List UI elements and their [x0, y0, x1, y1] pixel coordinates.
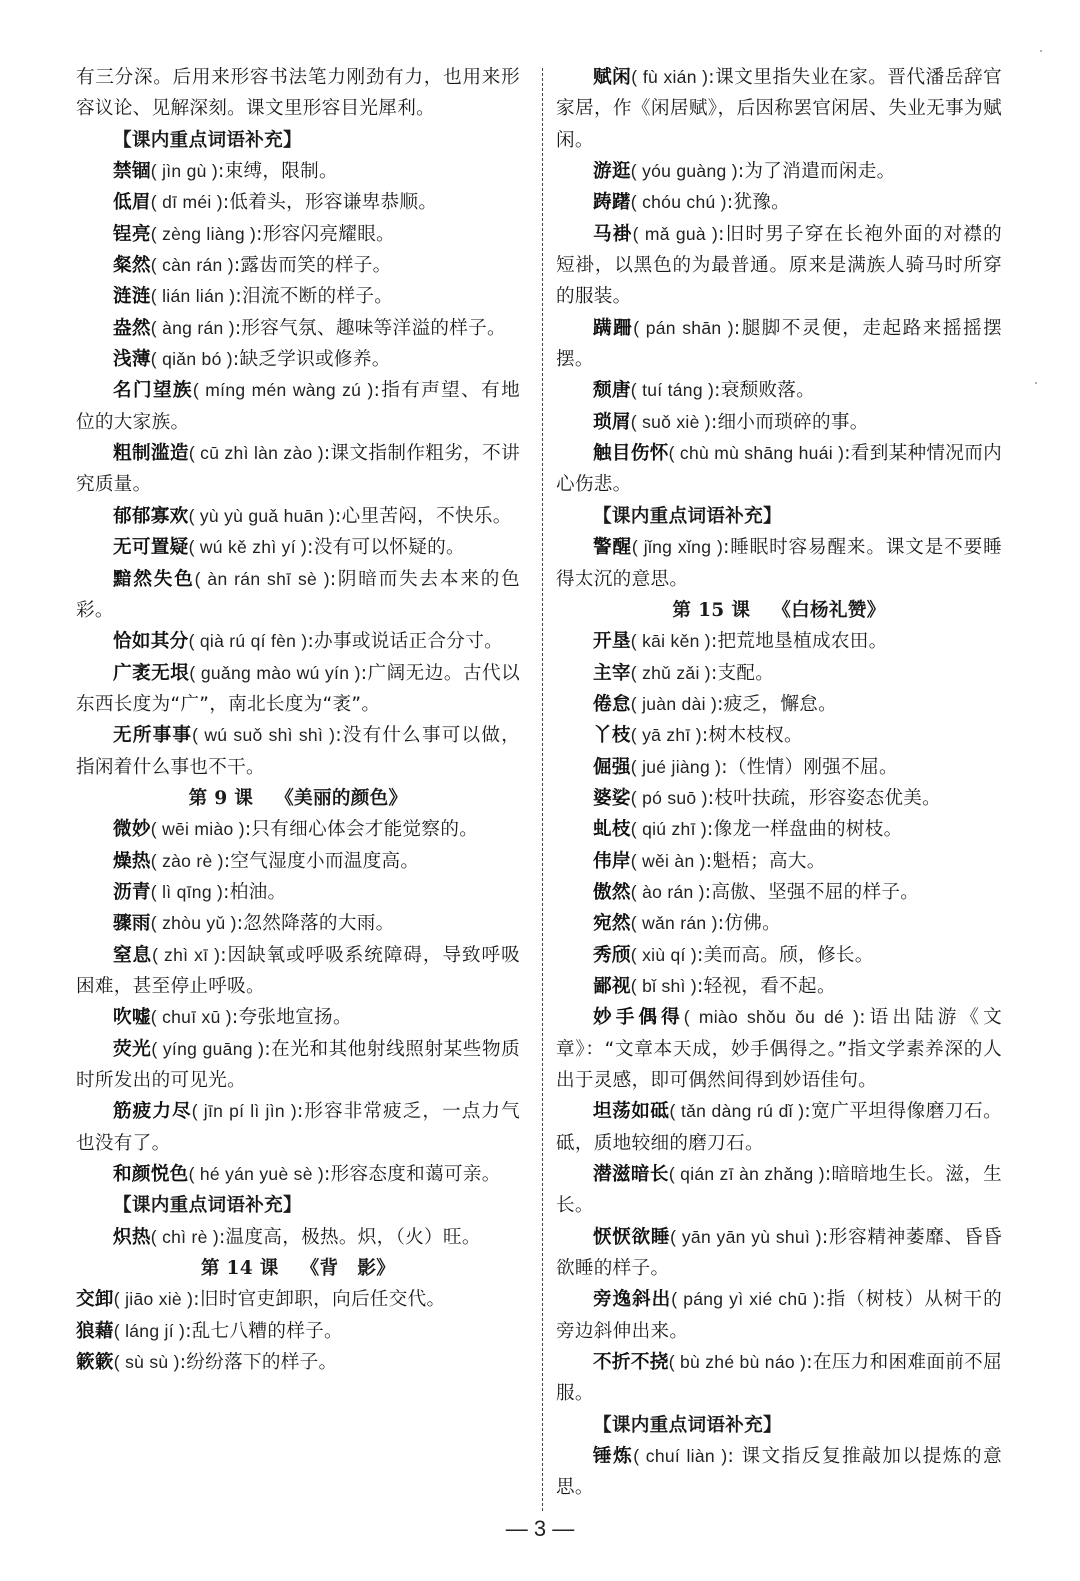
vocab-term: 涟涟 — [113, 286, 151, 307]
vocab-entry: 颓唐( tuí táng ):衰颓败落。 — [556, 375, 1002, 406]
vocab-pinyin: ( sù sù ) — [114, 1352, 180, 1372]
vocab-term: 鄙视 — [593, 976, 631, 997]
vocab-term: 荧光 — [113, 1039, 151, 1060]
vocab-definition: :心里苦闷，不快乐。 — [335, 506, 512, 527]
vocab-entry: 伟岸( wěi àn ):魁梧；高大。 — [556, 846, 1002, 877]
vocab-pinyin: ( chóu chú ) — [631, 192, 727, 212]
vocab-entry: 丫枝( yā zhī ):树木枝杈。 — [556, 720, 1002, 751]
vocab-entry: 潜滋暗长( qián zī àn zhǎng ):暗暗地生长。滋，生长。 — [556, 1159, 1002, 1222]
vocab-pinyin: ( cū zhì làn zào ) — [189, 443, 324, 463]
vocab-definition: :纷纷落下的样子。 — [180, 1352, 338, 1373]
supplement-heading: 【课内重点词语补充】 — [76, 125, 520, 156]
vocab-entry: 傲然( ào rán ):高傲、坚强不屈的样子。 — [556, 877, 1002, 908]
vocab-definition: :低着头，形容谦卑恭顺。 — [223, 192, 437, 213]
vocab-entry: 妙手偶得( miào shǒu ǒu dé ):语出陆游《文章》：“文章本天成，… — [556, 1002, 1002, 1096]
vocab-term: 秀颀 — [593, 945, 631, 966]
vocab-pinyin: ( yān yān yù shuì ) — [670, 1227, 822, 1247]
vocab-definition: :只有细心体会才能觉察的。 — [245, 819, 478, 840]
vocab-definition: :为了消遣而闲走。 — [738, 161, 896, 182]
lesson-number: 第 15 课 — [672, 600, 750, 621]
vocab-entry: 禁锢( jìn gù ):束缚，限制。 — [76, 156, 520, 187]
vocab-term: 触目伤怀 — [593, 443, 669, 464]
vocab-term: 窒息 — [113, 945, 152, 966]
vocab-definition: :忽然降落的大雨。 — [237, 913, 395, 934]
vocab-pinyin: ( qián zī àn zhǎng ) — [669, 1164, 825, 1184]
page-number: — 3 — — [0, 1516, 1080, 1542]
vocab-entry: 旁逸斜出( páng yì xié chū ):指（树枝）从树干的旁边斜伸出来。 — [556, 1284, 1002, 1347]
vocab-pinyin: ( yóu guàng ) — [631, 161, 738, 181]
vocab-entry: 筋疲力尽( jīn pí lì jìn ):形容非常疲乏，一点力气也没有了。 — [76, 1096, 520, 1159]
vocab-pinyin: ( àn rán shī sè ) — [195, 569, 330, 589]
vocab-pinyin: ( kāi kěn ) — [631, 631, 711, 651]
vocab-term: 沥青 — [113, 882, 151, 903]
vocab-definition: :犹豫。 — [727, 192, 790, 213]
vocab-entry: 窒息( zhì xī ):因缺氧或呼吸系统障碍，导致呼吸困难，甚至停止呼吸。 — [76, 940, 520, 1003]
vocab-pinyin: ( jīn pí lì jìn ) — [192, 1101, 297, 1121]
vocab-term: 盎然 — [113, 318, 151, 339]
vocab-entry: 粗制滥造( cū zhì làn zào ):课文指制作粗劣，不讲究质量。 — [76, 438, 520, 501]
vocab-term: 颓唐 — [593, 380, 631, 401]
vocab-definition: :高傲、坚强不屈的样子。 — [705, 882, 919, 903]
vocab-term: 炽热 — [113, 1227, 151, 1248]
vocab-entry: 无可置疑( wú kě zhì yí ):没有可以怀疑的。 — [76, 532, 520, 563]
vocab-entry: 坦荡如砥( tǎn dàng rú dǐ ):宽广平坦得像磨刀石。砥，质地较细的… — [556, 1096, 1002, 1159]
vocab-pinyin: ( fù xián ) — [631, 67, 708, 87]
vocab-pinyin: ( ào rán ) — [631, 882, 705, 902]
vocab-term: 禁锢 — [113, 161, 151, 182]
vocab-entry: 和颜悦色( hé yán yuè sè ):形容态度和蔼可亲。 — [76, 1159, 520, 1190]
vocab-pinyin: ( guǎng mào wú yín ) — [189, 663, 360, 683]
vocab-term: 粲然 — [113, 255, 151, 276]
vocab-entry: 锤炼( chuí liàn ): 课文指反复推敲加以提炼的意思。 — [556, 1441, 1002, 1504]
vocab-definition: :形容闪亮耀眼。 — [256, 224, 395, 245]
vocab-entry: 微妙( wēi miào ):只有细心体会才能觉察的。 — [76, 814, 520, 845]
lesson-heading: 第 14 课《背 影》 — [76, 1253, 520, 1284]
lesson-title: 《白杨礼赞》 — [772, 600, 885, 621]
vocab-pinyin: ( chuī xū ) — [151, 1007, 232, 1027]
vocab-term: 倔强 — [593, 757, 631, 778]
vocab-term: 开垦 — [593, 631, 631, 652]
vocab-entry: 黯然失色( àn rán shī sè ):阴暗而失去本来的色彩。 — [76, 564, 520, 627]
vocab-definition: :支配。 — [711, 663, 774, 684]
vocab-definition: :像龙一样盘曲的树枝。 — [707, 819, 903, 840]
vocab-entry: 粲然( càn rán ):露齿而笑的样子。 — [76, 250, 520, 281]
vocab-definition: :柏油。 — [223, 882, 286, 903]
vocab-term: 倦怠 — [593, 694, 631, 715]
vocab-term: 踌躇 — [593, 192, 631, 213]
supplement-heading: 【课内重点词语补充】 — [76, 1190, 520, 1221]
vocab-pinyin: ( bù zhé bù náo ) — [669, 1352, 807, 1372]
vocab-entry: 荧光( yíng guāng ):在光和其他射线照射某些物质时所发出的可见光。 — [76, 1034, 520, 1097]
vocab-entry: 马褂( mǎ guà ):旧时男子穿在长袍外面的对襟的短褂，以黑色的为最普通。原… — [556, 219, 1002, 313]
vocab-pinyin: ( jué jiàng ) — [631, 757, 721, 777]
vocab-term: 锤炼 — [593, 1446, 633, 1467]
vocab-term: 交卸 — [76, 1289, 114, 1310]
vocab-term: 郁郁寡欢 — [113, 506, 189, 527]
vocab-term: 坦荡如砥 — [593, 1101, 669, 1122]
vocab-entry: 炽热( chì rè ):温度高，极热。炽，（火）旺。 — [76, 1222, 520, 1253]
vocab-entry: 婆娑( pó suō ):枝叶扶疏，形容姿态优美。 — [556, 783, 1002, 814]
vocab-term: 赋闲 — [593, 67, 631, 88]
vocab-term: 琐屑 — [593, 412, 631, 433]
lesson-title: 《背 影》 — [301, 1258, 395, 1279]
vocab-term: 浅薄 — [113, 349, 151, 370]
vocab-term: 丫枝 — [593, 725, 631, 746]
vocab-term: 骤雨 — [113, 913, 151, 934]
vocab-term: 低眉 — [113, 192, 151, 213]
vocab-definition: :夸张地宣扬。 — [232, 1007, 352, 1028]
supplement-heading: 【课内重点词语补充】 — [556, 501, 1002, 532]
vocab-entry: 蹒跚( pán shān ):腿脚不灵便，走起路来摇摇摆摆。 — [556, 313, 1002, 376]
vocab-entry: 无所事事( wú suǒ shì shì ):没有什么事可以做，指闲着什么事也不… — [76, 720, 520, 783]
vocab-term: 簌簌 — [76, 1352, 114, 1373]
vocab-term: 筋疲力尽 — [113, 1101, 192, 1122]
vocab-term: 微妙 — [113, 819, 151, 840]
vocab-pinyin: ( páng yì xié chū ) — [671, 1289, 819, 1309]
vocab-definition: :衰颓败落。 — [714, 380, 815, 401]
column-divider — [542, 68, 543, 1511]
vocab-pinyin: ( láng jí ) — [114, 1321, 185, 1341]
vocab-entry: 虬枝( qiú zhī ):像龙一样盘曲的树枝。 — [556, 814, 1002, 845]
vocab-definition: :魁梧；高大。 — [706, 851, 826, 872]
vocab-entry: 赋闲( fù xián ):课文里指失业在家。晋代潘岳辞官家居，作《闲居赋》，后… — [556, 62, 1002, 156]
vocab-pinyin: ( suǒ xiè ) — [631, 412, 711, 432]
vocab-definition: :美而高。颀，修长。 — [697, 945, 874, 966]
vocab-pinyin: ( xiù qí ) — [631, 945, 697, 965]
vocab-pinyin: ( chuí liàn ) — [633, 1446, 727, 1466]
vocab-pinyin: ( yā zhī ) — [631, 725, 702, 745]
vocab-entry: 低眉( dī méi ):低着头，形容谦卑恭顺。 — [76, 187, 520, 218]
vocab-entry: 浅薄( qiǎn bó ):缺乏学识或修养。 — [76, 344, 520, 375]
vocab-pinyin: ( lián lián ) — [151, 286, 236, 306]
vocab-definition: :枝叶扶疏，形容姿态优美。 — [708, 788, 941, 809]
vocab-pinyin: ( hé yán yuè sè ) — [189, 1164, 324, 1184]
vocab-pinyin: ( chì rè ) — [151, 1227, 219, 1247]
vocab-pinyin: ( dī méi ) — [151, 192, 223, 212]
vocab-definition: :形容态度和蔼可亲。 — [324, 1164, 501, 1185]
vocab-pinyin: ( juàn dài ) — [631, 694, 717, 714]
vocab-entry: 名门望族( míng mén wàng zú ):指有声望、有地位的大家族。 — [76, 375, 520, 438]
vocab-definition: :乱七八糟的样子。 — [185, 1321, 343, 1342]
vocab-term: 宛然 — [593, 913, 631, 934]
vocab-entry: 开垦( kāi kěn ):把荒地垦植成农田。 — [556, 626, 1002, 657]
vocab-entry: 盎然( àng rán ):形容气氛、趣味等洋溢的样子。 — [76, 313, 520, 344]
vocab-pinyin: ( bǐ shì ) — [631, 976, 697, 996]
vocab-pinyin: ( càn rán ) — [151, 255, 234, 275]
vocab-pinyin: ( wú kě zhì yí ) — [189, 537, 308, 557]
scan-speck — [1040, 50, 1042, 52]
vocab-entry: 郁郁寡欢( yù yù guǎ huān ):心里苦闷，不快乐。 — [76, 501, 520, 532]
vocab-pinyin: ( yíng guāng ) — [151, 1039, 264, 1059]
vocab-pinyin: ( chù mù shāng huái ) — [669, 443, 845, 463]
vocab-definition: :细小而琐碎的事。 — [711, 412, 869, 433]
lesson-number: 第 14 课 — [201, 1258, 279, 1279]
vocab-entry: 倔强( jué jiàng ):（性情）刚强不屈。 — [556, 752, 1002, 783]
continuation-text: 有三分深。后用来形容书法笔力刚劲有力，也用来形容议论、见解深刻。课文里形容目光犀… — [76, 62, 520, 125]
right-column: 赋闲( fù xián ):课文里指失业在家。晋代潘岳辞官家居，作《闲居赋》，后… — [556, 62, 1002, 1504]
vocab-pinyin: ( pán shān ) — [633, 318, 734, 338]
vocab-entry: 不折不挠( bù zhé bù náo ):在压力和困难面前不屈服。 — [556, 1347, 1002, 1410]
vocab-definition: :形容气氛、趣味等洋溢的样子。 — [235, 318, 506, 339]
vocab-definition: :轻视，看不起。 — [697, 976, 836, 997]
vocab-entry: 沥青( lì qīng ):柏油。 — [76, 877, 520, 908]
vocab-definition: :束缚，限制。 — [218, 161, 338, 182]
vocab-pinyin: ( miào shǒu ǒu dé ) — [684, 1007, 859, 1027]
vocab-definition: :把荒地垦植成农田。 — [711, 631, 888, 652]
vocab-entry: 广袤无垠( guǎng mào wú yín ):广阔无边。古代以东西长度为“广… — [76, 658, 520, 721]
vocab-pinyin: ( tǎn dàng rú dǐ ) — [669, 1101, 804, 1121]
vocab-pinyin: ( tuí táng ) — [631, 380, 714, 400]
lesson-number: 第 9 课 — [189, 788, 254, 809]
vocab-term: 妙手偶得 — [593, 1007, 684, 1028]
vocab-entry: 交卸( jiāo xiè ):旧时官吏卸职，向后任交代。 — [76, 1284, 520, 1315]
vocab-pinyin: ( zào rè ) — [151, 851, 224, 871]
vocab-entry: 警醒( jǐng xǐng ):睡眠时容易醒来。课文是不要睡得太沉的意思。 — [556, 532, 1002, 595]
vocab-definition: :泪流不断的样子。 — [235, 286, 393, 307]
vocab-term: 黯然失色 — [113, 569, 195, 590]
vocab-entry: 锃亮( zèng liàng ):形容闪亮耀眼。 — [76, 219, 520, 250]
vocab-pinyin: ( míng mén wàng zú ) — [193, 380, 374, 400]
vocab-pinyin: ( zhì xī ) — [152, 945, 220, 965]
vocab-term: 游逛 — [593, 161, 631, 182]
vocab-term: 无所事事 — [113, 725, 192, 746]
vocab-entry: 宛然( wǎn rán ):仿佛。 — [556, 908, 1002, 939]
vocab-term: 恹恹欲睡 — [593, 1227, 670, 1248]
vocab-pinyin: ( yù yù guǎ huān ) — [189, 506, 335, 526]
vocab-entry: 游逛( yóu guàng ):为了消遣而闲走。 — [556, 156, 1002, 187]
vocab-term: 无可置疑 — [113, 537, 189, 558]
vocab-term: 伟岸 — [593, 851, 631, 872]
vocab-pinyin: ( zèng liàng ) — [151, 224, 256, 244]
lesson-heading: 第 9 课《美丽的颜色》 — [76, 783, 520, 814]
vocab-entry: 狼藉( láng jí ):乱七八糟的样子。 — [76, 1316, 520, 1347]
vocab-entry: 簌簌( sù sù ):纷纷落下的样子。 — [76, 1347, 520, 1378]
vocab-term: 吹嘘 — [113, 1007, 151, 1028]
vocab-entry: 主宰( zhǔ zǎi ):支配。 — [556, 658, 1002, 689]
vocab-term: 傲然 — [593, 882, 631, 903]
vocab-definition: :旧时官吏卸职，向后任交代。 — [193, 1289, 445, 1310]
vocab-term: 蹒跚 — [593, 318, 633, 339]
lesson-title: 《美丽的颜色》 — [275, 788, 407, 809]
vocab-pinyin: ( wǎn rán ) — [631, 913, 718, 933]
scan-speck — [1035, 382, 1037, 384]
vocab-term: 婆娑 — [593, 788, 631, 809]
vocab-pinyin: ( zhòu yǔ ) — [151, 913, 237, 933]
vocab-entry: 恰如其分( qià rú qí fèn ):办事或说话正合分寸。 — [76, 626, 520, 657]
vocab-entry: 倦怠( juàn dài ):疲乏，懈怠。 — [556, 689, 1002, 720]
vocab-definition: :（性情）刚强不屈。 — [721, 757, 898, 778]
vocab-term: 恰如其分 — [113, 631, 189, 652]
vocab-pinyin: ( jǐng xǐng ) — [632, 537, 723, 557]
vocab-definition: :树木枝杈。 — [702, 725, 803, 746]
vocab-pinyin: ( zhǔ zǎi ) — [631, 663, 711, 683]
vocab-term: 潜滋暗长 — [593, 1164, 669, 1185]
vocab-definition: :疲乏，懈怠。 — [717, 694, 837, 715]
vocab-entry: 恹恹欲睡( yān yān yù shuì ):形容精神萎靡、昏昏欲睡的样子。 — [556, 1222, 1002, 1285]
vocab-term: 粗制滥造 — [113, 443, 189, 464]
vocab-term: 马褂 — [593, 224, 633, 245]
vocab-definition: :办事或说话正合分寸。 — [307, 631, 503, 652]
vocab-entry: 踌躇( chóu chú ):犹豫。 — [556, 187, 1002, 218]
supplement-heading: 【课内重点词语补充】 — [556, 1410, 1002, 1441]
vocab-term: 不折不挠 — [593, 1352, 669, 1373]
vocab-term: 旁逸斜出 — [593, 1289, 671, 1310]
vocab-entry: 秀颀( xiù qí ):美而高。颀，修长。 — [556, 940, 1002, 971]
vocab-entry: 燥热( zào rè ):空气湿度小而温度高。 — [76, 846, 520, 877]
vocab-entry: 吹嘘( chuī xū ):夸张地宣扬。 — [76, 1002, 520, 1033]
lesson-heading: 第 15 课《白杨礼赞》 — [556, 595, 1002, 626]
vocab-term: 警醒 — [593, 537, 632, 558]
vocab-pinyin: ( àng rán ) — [151, 318, 235, 338]
vocab-pinyin: ( qiú zhī ) — [631, 819, 707, 839]
vocab-entry: 琐屑( suǒ xiè ):细小而琐碎的事。 — [556, 407, 1002, 438]
vocab-pinyin: ( qiǎn bó ) — [151, 349, 233, 369]
vocab-pinyin: ( jiāo xiè ) — [114, 1289, 193, 1309]
vocab-term: 广袤无垠 — [113, 663, 189, 684]
vocab-entry: 涟涟( lián lián ):泪流不断的样子。 — [76, 281, 520, 312]
vocab-pinyin: ( mǎ guà ) — [633, 224, 719, 244]
left-column: 有三分深。后用来形容书法笔力刚劲有力，也用来形容议论、见解深刻。课文里形容目光犀… — [76, 62, 520, 1378]
vocab-entry: 触目伤怀( chù mù shāng huái ):看到某种情况而内心伤悲。 — [556, 438, 1002, 501]
vocab-term: 燥热 — [113, 851, 151, 872]
vocab-term: 狼藉 — [76, 1321, 114, 1342]
vocab-pinyin: ( qià rú qí fèn ) — [189, 631, 308, 651]
vocab-definition: :缺乏学识或修养。 — [233, 349, 391, 370]
vocab-term: 和颜悦色 — [113, 1164, 189, 1185]
vocab-definition: :没有可以怀疑的。 — [307, 537, 465, 558]
vocab-pinyin: ( wú suǒ shì shì ) — [192, 725, 335, 745]
vocab-term: 主宰 — [593, 663, 631, 684]
vocab-term: 锃亮 — [113, 224, 151, 245]
vocab-pinyin: ( jìn gù ) — [151, 161, 218, 181]
vocab-entry: 骤雨( zhòu yǔ ):忽然降落的大雨。 — [76, 908, 520, 939]
vocab-definition: :仿佛。 — [718, 913, 781, 934]
vocab-pinyin: ( wēi miào ) — [151, 819, 245, 839]
vocab-pinyin: ( pó suō ) — [631, 788, 708, 808]
vocab-term: 名门望族 — [113, 380, 193, 401]
vocab-definition: :露齿而笑的样子。 — [234, 255, 392, 276]
vocab-entry: 鄙视( bǐ shì ):轻视，看不起。 — [556, 971, 1002, 1002]
vocab-term: 虬枝 — [593, 819, 631, 840]
vocab-definition: :温度高，极热。炽，（火）旺。 — [219, 1227, 481, 1248]
vocab-pinyin: ( wěi àn ) — [631, 851, 706, 871]
vocab-pinyin: ( lì qīng ) — [151, 882, 223, 902]
vocab-definition: :空气湿度小而温度高。 — [224, 851, 420, 872]
